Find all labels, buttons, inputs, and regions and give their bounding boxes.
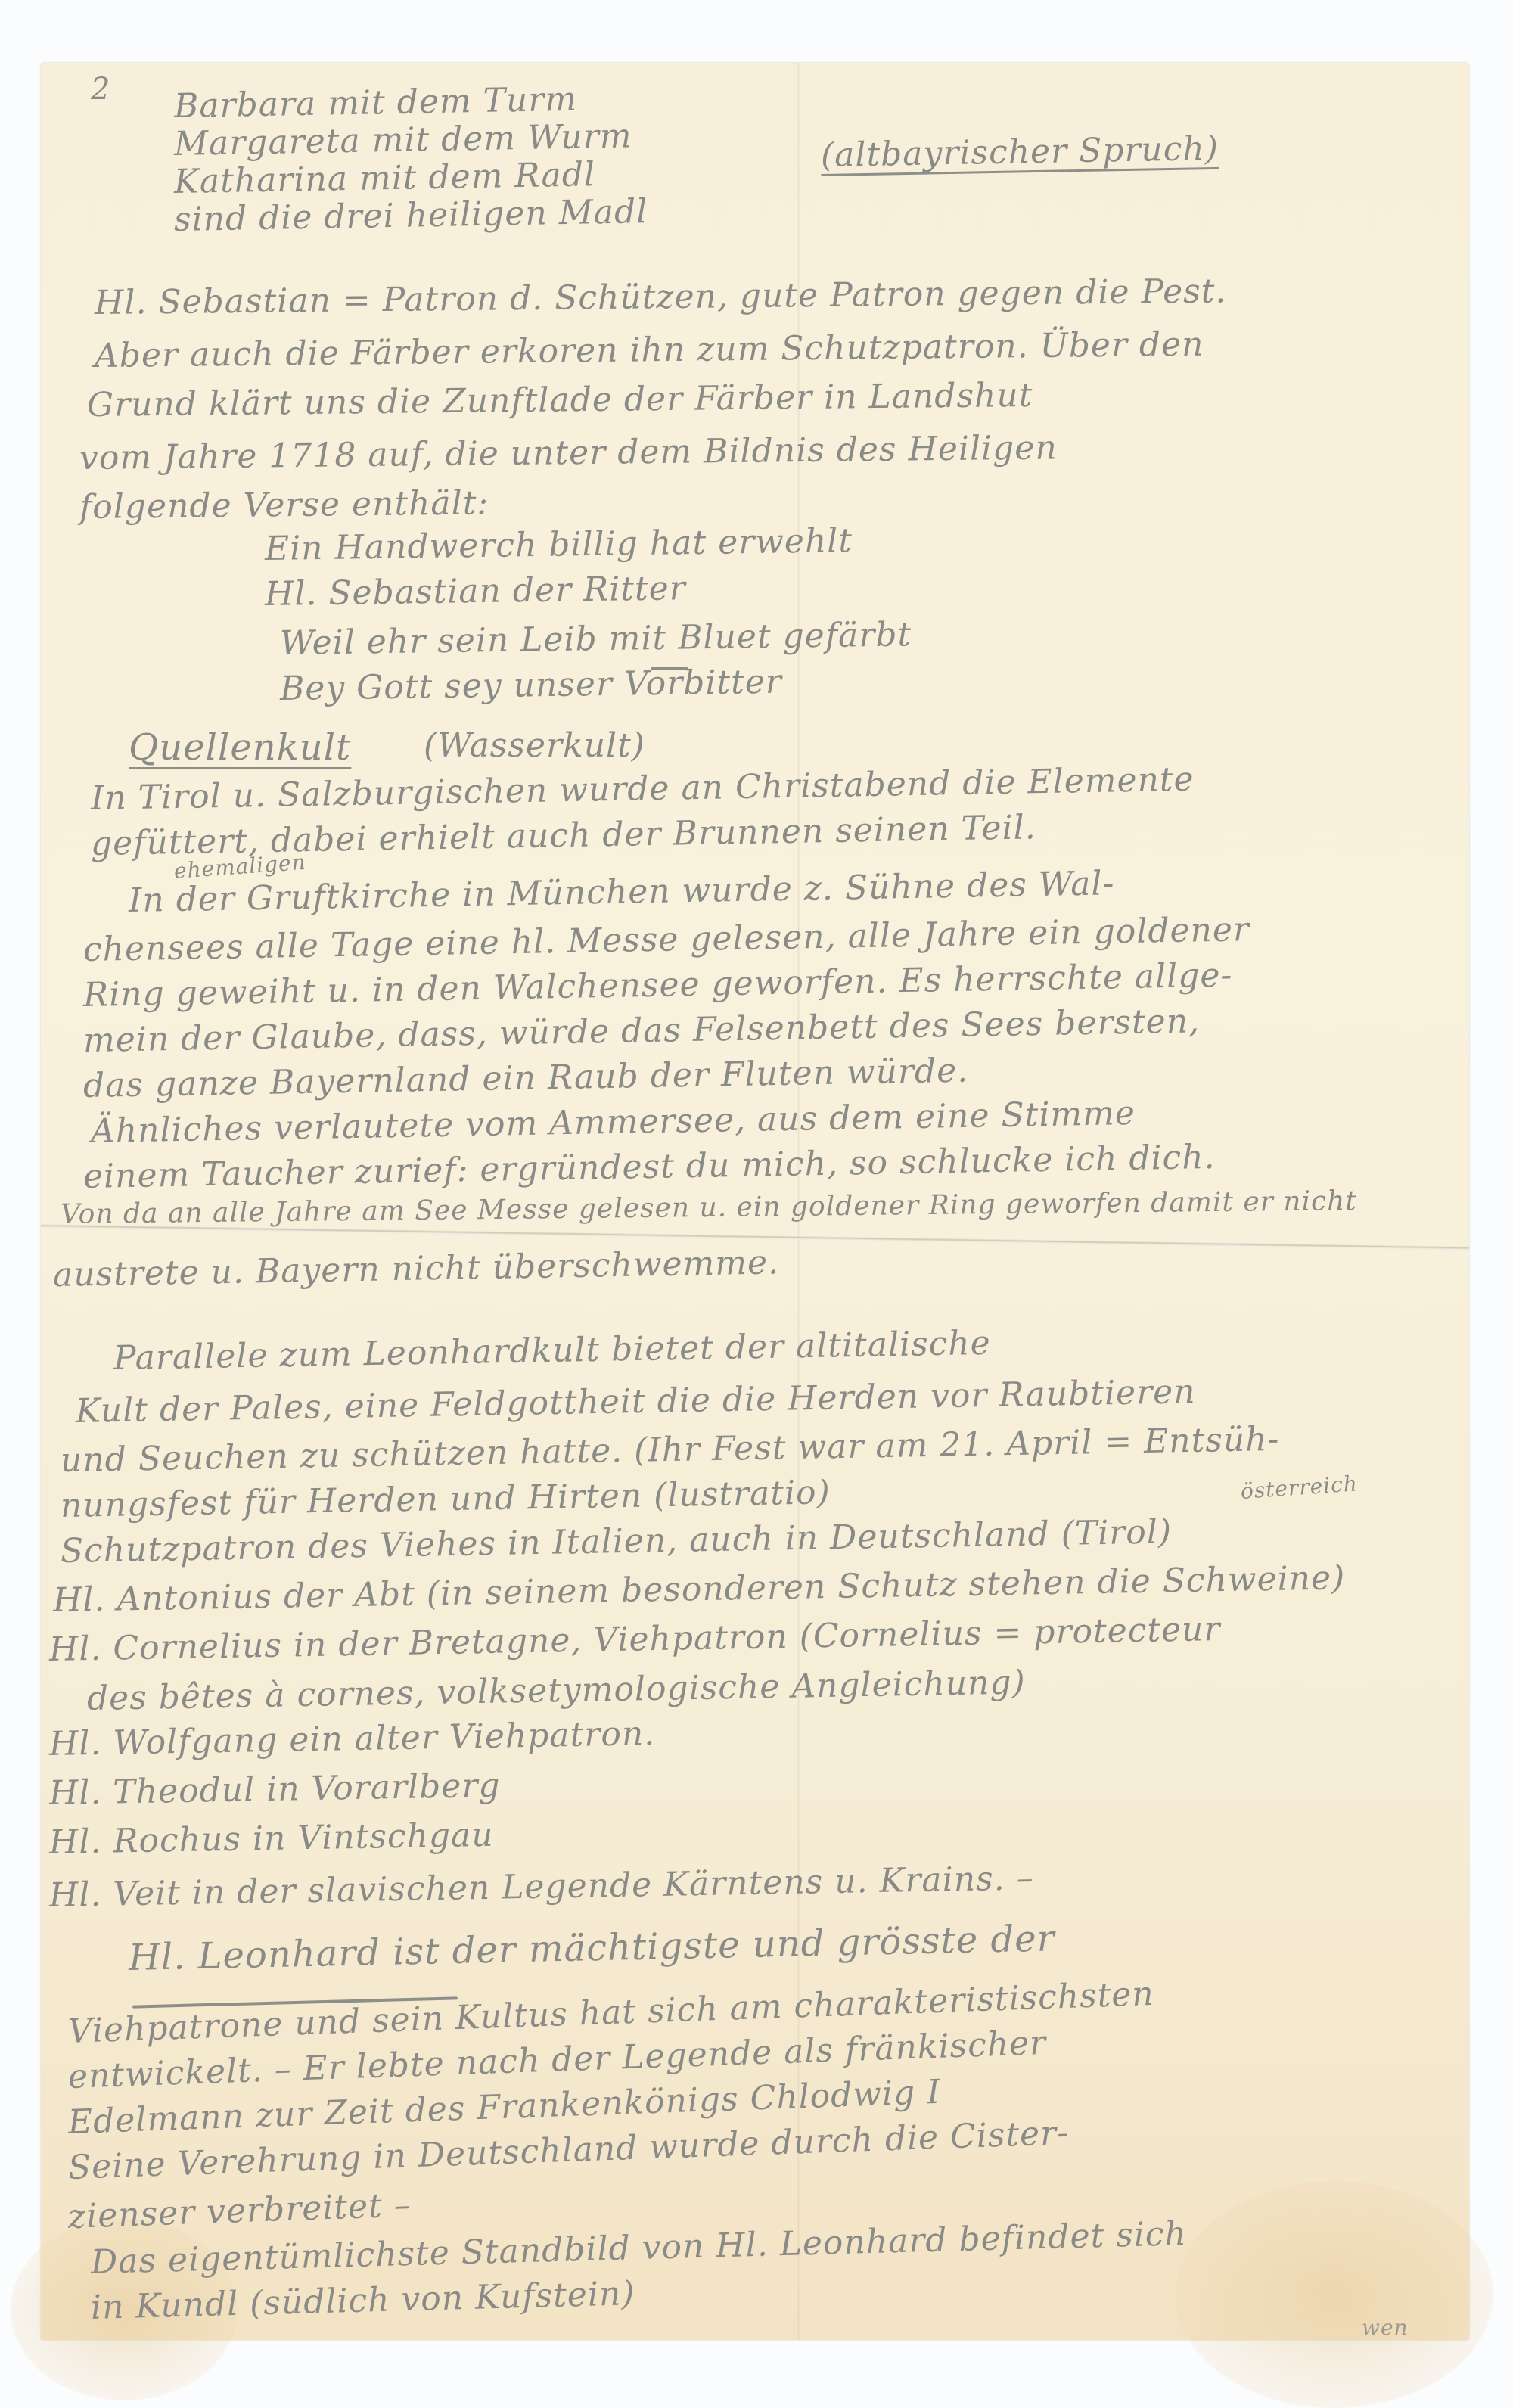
verse-source-note: (altbayrischer Spruch)	[821, 129, 1219, 175]
corner-note: wen	[1362, 2315, 1409, 2340]
quellenkult-heading: Quellenkult	[129, 726, 351, 769]
sebastian-verse-1: Ein Handwerch billig hat erwehlt	[265, 521, 853, 568]
water-stain	[1176, 2181, 1493, 2380]
parallel-line-10: Hl. Theodul in Vorarlberg	[49, 1766, 501, 1813]
sebastian-verse-2: Hl. Sebastian der Ritter	[265, 569, 686, 614]
sebastian-verse-4: Bey Gott sey unser Vorbitter	[280, 663, 783, 708]
page-number: 2	[91, 72, 110, 107]
section-dash	[651, 667, 688, 670]
quellenkult-heading-note: (Wasserkult)	[424, 726, 645, 765]
sebastian-line-5: folgende Verse enthält:	[79, 483, 489, 527]
verse-line-4: sind die drei heiligen Madl	[174, 192, 648, 239]
parallel-line-11: Hl. Rochus in Vintschgau	[49, 1816, 495, 1862]
